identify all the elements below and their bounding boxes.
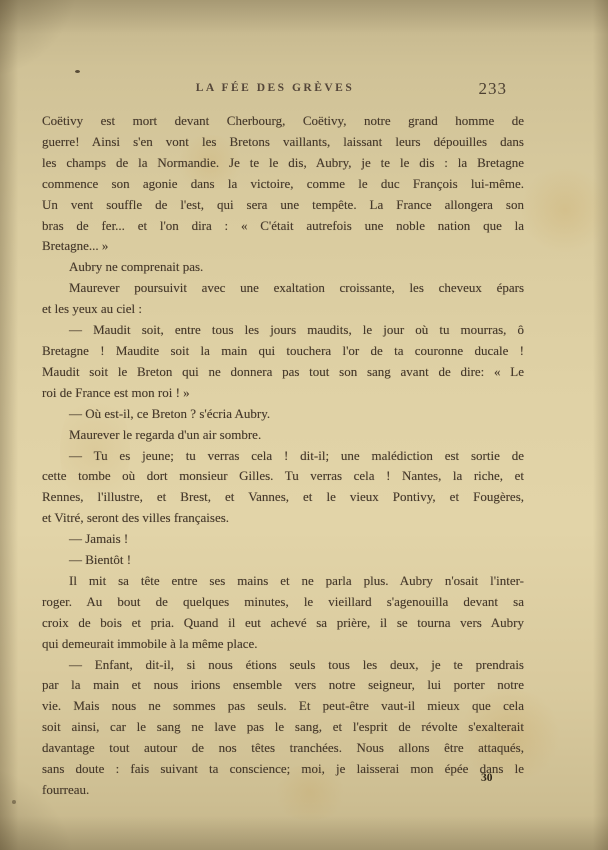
text-line: Rennes, l'illustre, et Brest, et Vannes,… xyxy=(42,487,524,508)
text-line: — Jamais ! xyxy=(42,529,524,550)
text-line: guerre! Ainsi s'en vont les Bretons vail… xyxy=(42,132,524,153)
text-line: Bretagne ! Maudite soit la main qui touc… xyxy=(42,341,524,362)
text-line: Maudit soit le Breton qui ne donnera pas… xyxy=(42,362,524,383)
text-line: davantage tout autour de nos têtes tranc… xyxy=(42,738,524,759)
ink-speck xyxy=(12,800,16,804)
text-line: roi de France est mon roi ! » xyxy=(42,383,524,404)
text-line: fourreau. xyxy=(42,780,524,801)
text-line: soit ainsi, car le sang ne lave pas le s… xyxy=(42,717,524,738)
ink-speck xyxy=(75,70,80,73)
text-line: — Bientôt ! xyxy=(42,550,524,571)
text-line: vie. Mais nous ne sommes pas seuls. Et p… xyxy=(42,696,524,717)
page-header: LA FÉE DES GRÈVES 233 xyxy=(0,79,608,99)
text-line: — Tu es jeune; tu verras cela ! dit-il; … xyxy=(42,446,524,467)
text-line: — Maudit soit, entre tous les jours maud… xyxy=(42,320,524,341)
text-line: par la main et nous irions ensemble vers… xyxy=(42,675,524,696)
text-line: bras de fer... et l'on dira : « C'était … xyxy=(42,216,524,237)
signature-mark: 30 xyxy=(481,772,493,784)
text-line: Bretagne... » xyxy=(42,236,524,257)
text-line: commence son agonie dans la victoire, co… xyxy=(42,174,524,195)
paper-stain xyxy=(520,165,608,255)
text-line: Il mit sa tête entre ses mains et ne par… xyxy=(42,571,524,592)
text-line: roger. Au bout de quelques minutes, le v… xyxy=(42,592,524,613)
text-line: — Enfant, dit-il, si nous étions seuls t… xyxy=(42,655,524,676)
text-line: sans doute : fais suivant ta conscience;… xyxy=(42,759,524,780)
text-line: et Vitré, seront des villes françaises. xyxy=(42,508,524,529)
text-line: et les yeux au ciel : xyxy=(42,299,524,320)
text-line: cette tombe où dort monsieur Gilles. Tu … xyxy=(42,466,524,487)
text-block: Coëtivy est mort devant Cherbourg, Coëti… xyxy=(42,111,524,801)
text-line: qui demeurait immobile à la même place. xyxy=(42,634,524,655)
text-line: — Où est-il, ce Breton ? s'écria Aubry. xyxy=(42,404,524,425)
text-line: Maurever poursuivit avec une exaltation … xyxy=(42,278,524,299)
page-number: 233 xyxy=(479,79,508,99)
text-line: Aubry ne comprenait pas. xyxy=(42,257,524,278)
book-page: LA FÉE DES GRÈVES 233 Coëtivy est mort d… xyxy=(0,0,608,850)
text-line: Coëtivy est mort devant Cherbourg, Coëti… xyxy=(42,111,524,132)
running-title: LA FÉE DES GRÈVES xyxy=(42,82,508,94)
text-line: Un vent souffle de l'est, qui sera une t… xyxy=(42,195,524,216)
text-line: les champs de la Normandie. Je te le dis… xyxy=(42,153,524,174)
text-line: croix de bois et pria. Quand il eut ache… xyxy=(42,613,524,634)
text-line: Maurever le regarda d'un air sombre. xyxy=(42,425,524,446)
